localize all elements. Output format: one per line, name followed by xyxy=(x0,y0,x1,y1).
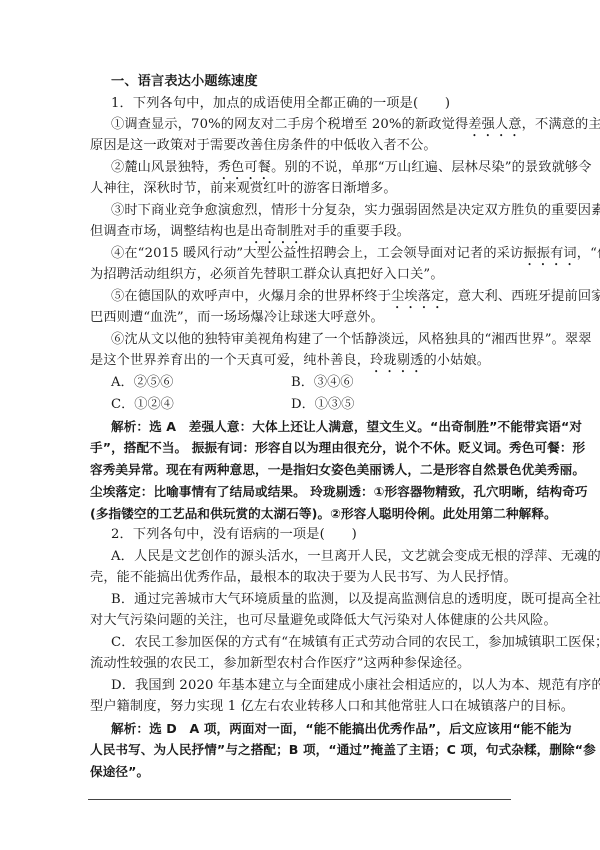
q2-analysis-line-3: 保途径”。 xyxy=(90,764,511,780)
q2-option-c-line-1: C．农民工参加医保的方式有“在城镇有正式劳动合同的农民工，参加城镇职工医保； xyxy=(111,635,511,651)
q2-option-b-line-1: B．通过完善城市大气环境质量的监测，以及提高监测信息的透明度，既可提高全社会 xyxy=(111,592,511,608)
q2-analysis-line-2: 人民书写、为人民抒情”与之搭配；B 项，“通过”掩盖了主语；C 项，句式杂糅，删… xyxy=(90,742,511,758)
q1-option-d: D．①③⑤ xyxy=(291,397,354,413)
q1-item-2-text: ②麓山风景独特， xyxy=(111,160,218,175)
q1-item-1-text: ①调查显示，70%的网友对二手房个税增至 20%的新政觉得 xyxy=(111,117,468,132)
q1-item-4-text: ④在“2015 暖风行动”大型公益性招聘会上，工会领导面对记者的采访 xyxy=(111,246,523,261)
q1-item-3-line-1: ③时下商业竞争愈演愈烈，情形十分复杂，实力强弱固然是决定双方胜负的重要因素， xyxy=(111,203,511,219)
q2-option-a-line-1: A．人民是文艺创作的源头活水，一旦离开人民，文艺就会变成无根的浮萍、无魂的躯 xyxy=(111,549,511,565)
q1-item-5-idiom: 尘埃落定 xyxy=(391,289,444,304)
q2-option-c-line-2: 流动性较强的农民工，参加新型农村合作医疗”这两种参保途径。 xyxy=(90,656,511,672)
q1-item-6-idiom: 玲珑剔透 xyxy=(370,353,423,368)
section-heading: 一、语言表达小题练速度 xyxy=(111,74,511,90)
footer-rule xyxy=(88,799,511,800)
q1-item-5-line-2: 巴西则遭“血洗”，而一场场爆冷让球迷大呼意外。 xyxy=(90,310,511,326)
q1-item-6-text: 是这个世界养育出的一个天真可爱，纯朴善良， xyxy=(90,353,370,368)
q1-item-2-line-2: 人神往，深秋时节，前来观赏红叶的游客日渐增多。 xyxy=(90,181,511,197)
q1-item-6-text-post: 的小姑娘。 xyxy=(423,353,490,368)
q2-analysis-line-1: 解析：选 D A 项，两面对一面，“能不能搞出优秀作品”，后文应该用“能不能为 xyxy=(111,721,511,737)
q1-item-1-text-post: ，不满意的主要 xyxy=(522,117,600,132)
q1-item-5-text: ⑤在德国队的欢呼声中，火爆月余的世界杯终于 xyxy=(111,289,391,304)
q2-option-d-line-1: D．我国到 2020 年基本建立与全面建成小康社会相适应的，以人为本、规范有序的… xyxy=(111,678,511,694)
q1-item-2-text-post: 。别的不说，单那“万山红遍、层林尽染”的景致就够令 xyxy=(271,160,592,175)
q2-option-b-line-2: 对大气污染问题的关注，也可尽量避免或降低大气污染对人体健康的公共风险。 xyxy=(90,613,511,629)
q1-item-4-line-1: ④在“2015 暖风行动”大型公益性招聘会上，工会领导面对记者的采访振振有词，“… xyxy=(111,246,511,269)
q1-analysis-line-1: 解析：选 A 差强人意：大体上还让人满意，望文生义。“出奇制胜”不能带宾语“对 xyxy=(111,419,511,435)
q1-item-3-line-2: 但调查市场，调整结构也是出奇制胜对手的重要手段。 xyxy=(90,224,511,247)
q1-item-3-idiom: 出奇制胜 xyxy=(250,224,303,239)
q1-item-1-idiom: 差强人意 xyxy=(468,117,521,132)
q1-analysis-line-3: 容秀美异常。现在有两种意思，一是指妇女姿色美丽诱人，二是形容自然景色优美秀丽。 xyxy=(90,462,511,478)
q1-item-4-line-2: 为招聘活动组织方，必须首先替职工群众认真把好入口关”。 xyxy=(90,267,511,283)
q1-item-1-line-2: 原因是这一政策对于需要改善住房条件的中低收入者不公。 xyxy=(90,138,511,154)
q1-analysis-line-4: 尘埃落定：比喻事情有了结局或结果。 玲珑剔透：①形容器物精致，孔穴明晰，结构奇巧 xyxy=(90,484,511,500)
q1-item-2-idiom: 秀色可餐 xyxy=(218,160,271,175)
question-1-stem: 1．下列各句中，加点的成语使用全都正确的一项是( ) xyxy=(111,96,511,112)
q1-item-5-line-1: ⑤在德国队的欢呼声中，火爆月余的世界杯终于尘埃落定，意大利、西班牙提前回家， xyxy=(111,289,511,312)
q1-item-3-text-post: 对手的重要手段。 xyxy=(303,224,410,239)
q2-option-d-line-2: 型户籍制度，努力实现 1 亿左右农业转移人口和其他常驻人口在城镇落户的目标。 xyxy=(90,699,511,715)
q1-item-1-line-1: ①调查显示，70%的网友对二手房个税增至 20%的新政觉得差强人意，不满意的主要 xyxy=(111,117,511,140)
document-page: 一、语言表达小题练速度 1．下列各句中，加点的成语使用全都正确的一项是( ) ①… xyxy=(0,0,600,850)
question-2-stem: 2．下列各句中，没有语病的一项是( ) xyxy=(111,527,511,543)
q1-item-4-idiom: 振振有词 xyxy=(523,246,576,261)
q1-item-3-text: 但调查市场，调整结构也是 xyxy=(90,224,250,239)
q1-option-c: C．①②④ xyxy=(111,397,174,413)
q1-analysis-line-2: 手”，搭配不当。 振振有词：形容自以为理由很充分，说个不休。贬义词。秀色可餐：形 xyxy=(90,440,511,456)
q1-option-a: A．②⑤⑥ xyxy=(111,375,173,391)
q1-item-6-line-1: ⑥沈从文以他的独特审美视角构建了一个恬静淡远，风格独具的“湘西世界”。翠翠 xyxy=(111,332,511,348)
q1-analysis-line-5: (多指镂空的工艺品和供玩赏的太湖石等)。②形容人聪明伶俐。此处用第二种解释。 xyxy=(90,506,511,522)
q1-item-2-line-1: ②麓山风景独特，秀色可餐。别的不说，单那“万山红遍、层林尽染”的景致就够令 xyxy=(111,160,511,183)
q1-item-6-line-2: 是这个世界养育出的一个天真可爱，纯朴善良，玲珑剔透的小姑娘。 xyxy=(90,353,511,376)
q2-option-a-line-2: 壳，能不能搞出优秀作品，最根本的取决于要为人民书写、为人民抒情。 xyxy=(90,570,511,586)
q1-item-4-text-post: ，“作 xyxy=(577,246,600,261)
q1-item-5-text-post: ，意大利、西班牙提前回家， xyxy=(444,289,600,304)
q1-option-b: B．③④⑥ xyxy=(291,375,353,391)
